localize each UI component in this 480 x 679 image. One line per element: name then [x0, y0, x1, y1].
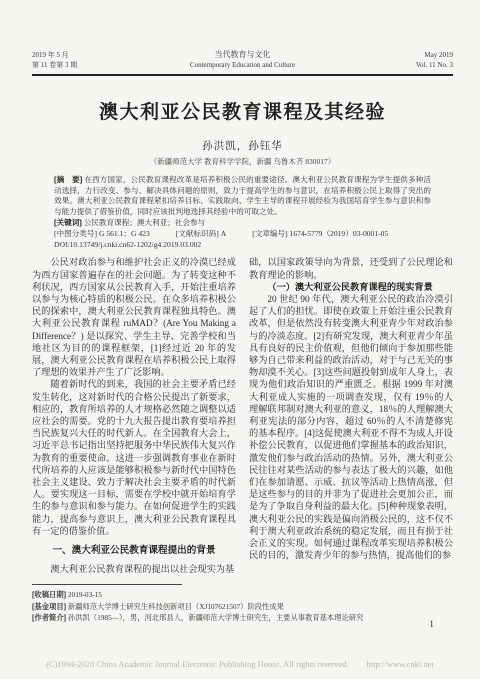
article-id-value: 1674-5779（2019）03-0001-05 [290, 229, 389, 238]
journal-header: 2019 年 5 月 第 11 卷第 3 期 当代教育与文化 Contempor… [32, 50, 453, 76]
footnote-divider [32, 584, 182, 585]
clc-label: [中图分类号] [54, 229, 97, 238]
received-date-value: 2019-03-15 [68, 590, 102, 599]
left-column: 公民对政治参与和维护社会正义的冷漠已经成为西方国家普遍存在的社会问题。为了转变这… [32, 256, 236, 580]
author-bio-value: 孙洪凯（1985—），男，河北邢县人，新疆师范大学博士研究生，主要从事教育基本理… [68, 613, 364, 622]
keywords-text: 公民教育课程；澳大利亚；社会参与 [84, 218, 206, 227]
article-authors: 孙洪凯，孙钰华 [32, 139, 453, 154]
body-paragraph: 20 世纪 90 年代，澳大利亚公民的政治冷漠引起了人们的担忧。即使在政策上开始… [249, 293, 453, 561]
fund-project-value: 新疆师范大学博士研究生科技创新项目（XJ107621507）阶段性成果 [68, 602, 284, 611]
footnote-author-bio: [作者简介] 孙洪凯（1985—），男，河北邢县人，新疆师范大学博士研究生，主要… [32, 612, 453, 623]
article-id-label: [文章编号] [252, 229, 287, 238]
copyright-url: http://www.cnki.net [366, 659, 433, 669]
abstract: [摘 要] 在西方国家，公民教育课程改革是培养积极公民的重要途径。澳大利亚公民教… [54, 175, 431, 218]
copyright-watermark: (C)1994-2020 China Academic Journal Elec… [0, 659, 480, 670]
header-journal-name: 当代教育与文化 Contemporary Education and Cultu… [122, 50, 363, 70]
document-code: [文献标识码] A [176, 229, 226, 240]
abstract-label: [摘 要] [54, 175, 82, 184]
journal-name-cn: 当代教育与文化 [122, 50, 363, 60]
clc-value: G 561.1；G 423 [99, 229, 150, 238]
journal-name-en: Contemporary Education and Culture [122, 60, 363, 70]
body-paragraph: 澳大利亚公民教育课程的提出以社会现实为基 [32, 563, 236, 575]
section-heading: 一、澳大利亚公民教育课程提出的背景 [32, 544, 236, 557]
header-date-en: May 2019 [363, 50, 453, 60]
copyright-text: (C)1994-2020 China Academic Journal Elec… [46, 659, 348, 669]
doi: DOI:10.13749/j.cnki.cn62-1202/g4.2019.03… [54, 240, 431, 251]
header-volume-cn: 第 11 卷第 3 期 [32, 60, 122, 70]
classification-row: [中图分类号] G 561.1；G 423 [文献标识码] A [文章编号] 1… [54, 229, 431, 240]
body-paragraph: 公民对政治参与和维护社会正义的冷漠已经成为西方国家普遍存在的社会问题。为了转变这… [32, 256, 236, 378]
abstract-text: 在西方国家，公民教育课程改革是培养积极公民的重要途径。澳大利亚公民教育课程为学生… [54, 175, 431, 216]
document-code-label: [文献标识码] [176, 229, 219, 238]
article-title: 澳大利亚公民教育课程及其经验 [32, 100, 453, 126]
page-number: 1 [429, 620, 434, 630]
received-date-label: [收稿日期] [32, 590, 66, 599]
article-id: [文章编号] 1674-5779（2019）03-0001-05 [252, 229, 388, 240]
body-paragraph: 随着新时代的到来，我国的社会主要矛盾已经发生转化，这对新时代的合格公民提出了新要… [32, 378, 236, 537]
article-meta-block: [摘 要] 在西方国家，公民教育课程改革是培养积极公民的重要途径。澳大利亚公民教… [32, 175, 453, 251]
footnote-fund-project: [基金项目] 新疆师范大学博士研究生科技创新项目（XJ107621507）阶段性… [32, 601, 453, 612]
author-bio-label: [作者简介] [32, 613, 66, 622]
body-paragraph-continuation: 础，以国家政策导向为背景，还受到了公民理论和教育理论的影响。 [249, 256, 453, 280]
document-code-value: A [221, 229, 226, 238]
article-affiliation: （新疆师范大学 教育科学学院，新疆 乌鲁木齐 830017） [32, 156, 453, 167]
article-body: 公民对政治参与和维护社会正义的冷漠已经成为西方国家普遍存在的社会问题。为了转变这… [32, 256, 453, 580]
header-volume-en: Vol. 11 No. 3 [363, 60, 453, 70]
right-column: 础，以国家政策导向为背景，还受到了公民理论和教育理论的影响。 （一）澳大利亚公民… [249, 256, 453, 580]
journal-page: 2019 年 5 月 第 11 卷第 3 期 当代教育与文化 Contempor… [0, 0, 480, 679]
footnote-received-date: [收稿日期] 2019-03-15 [32, 589, 453, 600]
keywords: [关键词] 公民教育课程；澳大利亚；社会参与 [54, 218, 431, 229]
footnotes: [收稿日期] 2019-03-15 [基金项目] 新疆师范大学博士研究生科技创新… [32, 584, 453, 623]
header-issue-info-en: May 2019 Vol. 11 No. 3 [363, 50, 453, 70]
clc-number: [中图分类号] G 561.1；G 423 [54, 229, 150, 240]
keywords-label: [关键词] [54, 218, 82, 227]
header-issue-info-cn: 2019 年 5 月 第 11 卷第 3 期 [32, 50, 122, 70]
fund-project-label: [基金项目] [32, 602, 66, 611]
subsection-heading: （一）澳大利亚公民教育课程的现实背景 [249, 281, 453, 293]
header-date-cn: 2019 年 5 月 [32, 50, 122, 60]
